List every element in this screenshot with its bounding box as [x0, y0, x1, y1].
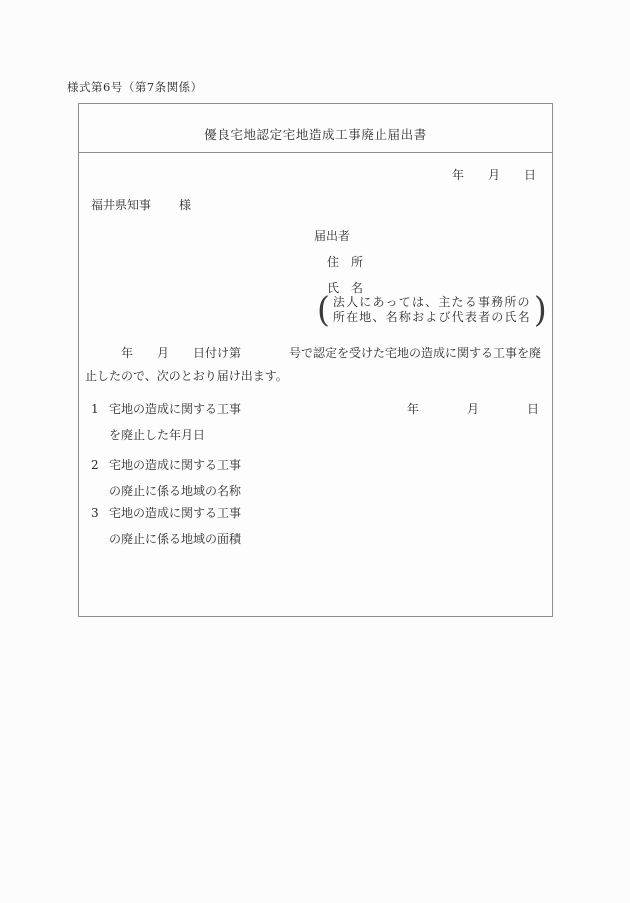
form-number-label: 様式第6号（第7条関係） [67, 79, 203, 95]
corporate-note-line-1: 法人にあっては、主たる事務所の [333, 295, 531, 311]
addressee-honorific: 様 [179, 198, 191, 212]
item-1-date-line: 年 月 日 [407, 396, 539, 422]
addressee-line: 福井県知事様 [91, 196, 191, 213]
addressee-name: 福井県知事 [91, 198, 151, 212]
form-title: 優良宅地認定宅地造成工事廃止届出書 [79, 125, 552, 143]
document-page: 様式第6号（第7条関係） 優良宅地認定宅地造成工事廃止届出書 年 月 日 福井県… [0, 0, 630, 903]
form-box: 優良宅地認定宅地造成工事廃止届出書 年 月 日 福井県知事様 届出者 住 所 氏… [78, 103, 553, 617]
item-row-2: 2 宅地の造成に関する工事 の廃止に係る地域の名称 [91, 452, 241, 504]
item-2-number: 2 [91, 452, 109, 478]
item-1-text-line-1: 宅地の造成に関する工事 [109, 396, 241, 422]
applicant-address-label: 住 所 [327, 253, 363, 270]
item-3-text-line-1: 宅地の造成に関する工事 [109, 500, 241, 526]
title-divider [79, 152, 552, 153]
item-1-number: 1 [91, 396, 109, 422]
item-row-3: 3 宅地の造成に関する工事 の廃止に係る地域の面積 [91, 500, 241, 552]
header-date-line: 年 月 日 [452, 166, 536, 183]
item-1-text-line-2: を廃止した年月日 [109, 422, 241, 448]
item-3-number: 3 [91, 500, 109, 526]
bracket-right: ) [534, 293, 547, 327]
corporate-note-line-2: 所在地、名称および代表者の氏名 [333, 310, 531, 326]
item-row-1: 1 宅地の造成に関する工事 を廃止した年月日 [91, 396, 241, 448]
body-line-1: 年 月 日付け第 号で認定を受けた宅地の造成に関する工事を廃 [85, 342, 548, 365]
item-2-text-line-1: 宅地の造成に関する工事 [109, 452, 241, 478]
applicant-label: 届出者 [314, 227, 350, 244]
corporate-note-text: 法人にあっては、主たる事務所の 所在地、名称および代表者の氏名 [333, 295, 531, 326]
item-3-text-line-2: の廃止に係る地域の面積 [109, 526, 241, 552]
body-paragraph: 年 月 日付け第 号で認定を受けた宅地の造成に関する工事を廃 止したので、次のと… [85, 342, 548, 388]
bracket-left: ( [317, 293, 330, 327]
body-line-2: 止したので、次のとおり届け出ます。 [85, 365, 548, 388]
corporate-note: ( 法人にあっては、主たる事務所の 所在地、名称および代表者の氏名 ) [317, 294, 547, 326]
